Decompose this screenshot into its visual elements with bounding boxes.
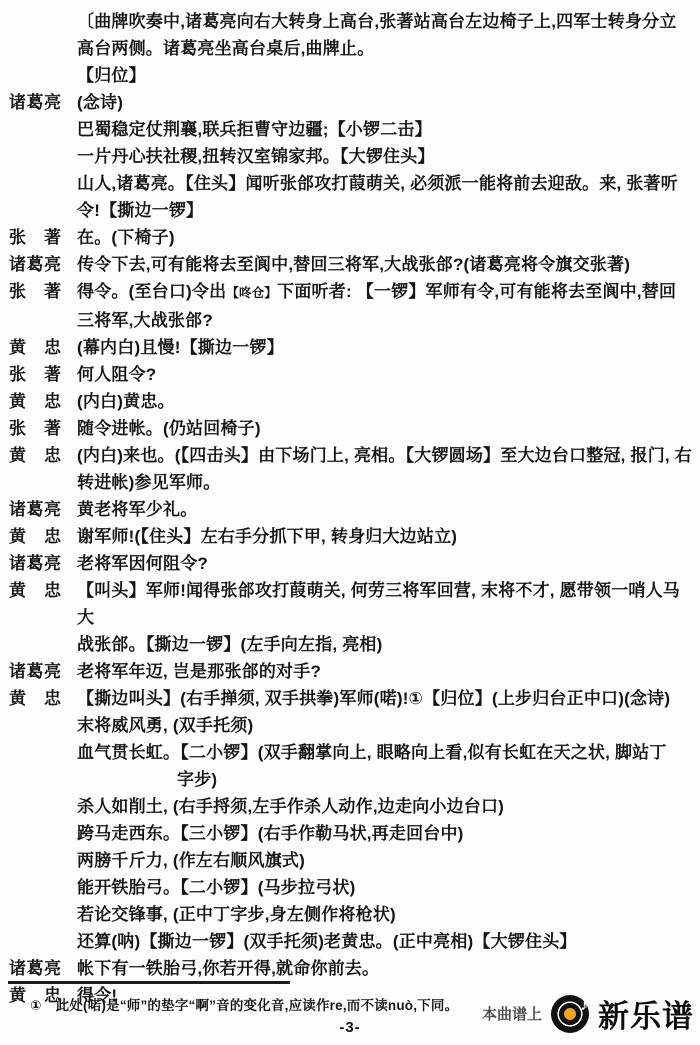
speaker-name: 张 著: [0, 361, 77, 388]
speaker-name: 黄 忠: [0, 685, 77, 712]
vinyl-record-icon: ♪: [551, 995, 589, 1033]
speaker-name: 张 著: [0, 415, 77, 442]
speaker-name: 黄 忠: [0, 577, 77, 631]
script-line: 若论交锋事, (正中丁字步,身左侧作将枪状): [0, 901, 700, 928]
percussion-cue: 【大锣圆场】: [406, 446, 501, 465]
script-line: 张 著 何人阻令?: [0, 361, 700, 388]
script-line: 两膀千斤力, (作左右顺风旗式): [0, 847, 700, 874]
dialogue-text: 令!【撕边一锣】: [77, 197, 700, 224]
script-line: 诸葛亮 黄老将军少礼。: [0, 496, 700, 523]
script-line: 一片丹心扶社稷,扭转汉室锦家邦。【大锣住头】: [0, 143, 700, 170]
script-line: 张 著 随令进帐。(仍站回椅子): [0, 415, 700, 442]
speaker-name: [0, 8, 77, 35]
script-line: 黄 忠 谢军师!(【住头】左右手分抓下甲, 转身归大边站立): [0, 523, 700, 550]
dialogue-text: 还算(呐)【撕边一锣】(双手托须)老黄忠。(正中亮相)【大锣住头】: [77, 928, 700, 955]
dialogue-text: 随令进帐。(仍站回椅子): [77, 415, 700, 442]
script-line: 【归位】: [0, 62, 700, 89]
speaker-name: [0, 928, 77, 955]
dialogue-text: (内白)黄忠。: [77, 388, 700, 415]
script-line: 能开铁胎弓。【二小锣】(马步拉弓状): [0, 874, 700, 901]
script-line: 血气贯长虹。【二小锣】(双手翻掌向上, 眼略向上看,似有长虹在天之状, 脚站丁: [0, 739, 700, 766]
dialogue-text: 【归位】: [77, 62, 700, 89]
dialogue-text: 转进帐)参见军师。: [77, 469, 700, 496]
percussion-cue: 【二小锣】: [180, 743, 258, 762]
speaker-name: [0, 307, 77, 334]
script-line: 诸葛亮 帐下有一铁胎弓,你若开得,就命你前去。: [0, 955, 700, 982]
dialogue-text: 老将军年迈, 岂是那张郃的对手?: [77, 658, 700, 685]
percussion-cue: 【归位】: [423, 689, 492, 708]
speaker-name: 张 著: [0, 278, 77, 307]
speaker-name: 张 著: [0, 224, 77, 251]
speaker-name: 诸葛亮: [0, 658, 77, 685]
dialogue-text: 一片丹心扶社稷,扭转汉室锦家邦。【大锣住头】: [77, 143, 700, 170]
speaker-name: [0, 631, 77, 658]
script-line: 令!【撕边一锣】: [0, 197, 700, 224]
script-line: 张 著 得令。(至台口)令出【咚仓】下面听者: 【一锣】军师有令,可有能将去至阆…: [0, 278, 700, 307]
script-line: 诸葛亮 (念诗): [0, 89, 700, 116]
speaker-name: 诸葛亮: [0, 251, 77, 278]
script-line: 末将威风勇, (双手托须): [0, 712, 700, 739]
speaker-name: [0, 143, 77, 170]
dialogue-text: 两膀千斤力, (作左右顺风旗式): [77, 847, 700, 874]
speaker-name: [0, 35, 77, 62]
footnote-divider: [8, 981, 290, 984]
dialogue-text: 末将威风勇, (双手托须): [77, 712, 700, 739]
script-line: 黄 忠 (幕内白)且慢!【撕边一锣】: [0, 334, 700, 361]
dialogue-text: 杀人如削土, (右手捋须,左手作杀人动作,边走向小边台口): [77, 793, 700, 820]
percussion-cue: 【大锣住头】: [473, 932, 576, 951]
script-line: 诸葛亮 老将军年迈, 岂是那张郃的对手?: [0, 658, 700, 685]
footnote-mark: ①: [30, 998, 42, 1013]
percussion-cue: 【小锣二击】: [329, 120, 432, 139]
dialogue-text: (念诗): [77, 89, 700, 116]
dialogue-text: (内白)来也。(【四击头】由下场门上, 亮相。【大锣圆场】至大边台口整冠, 报门…: [77, 442, 700, 469]
script-page: 〔曲牌吹奏中,诸葛亮向右大转身上高台,张著站高台左边椅子上,四军士转身分立 高台…: [0, 0, 700, 1045]
script-line: 山人,诸葛亮。【住头】闻听张郃攻打葭萌关, 必须派一能将前去迎敌。来, 张著听: [0, 170, 700, 197]
dialogue-text: 巴蜀稳定仗荆襄,联兵拒曹守边疆;【小锣二击】: [77, 116, 700, 143]
dialogue-text: 跨马走西东。【三小锣】(右手作勒马状,再走回台中): [77, 820, 700, 847]
script-line: 还算(呐)【撕边一锣】(双手托须)老黄忠。(正中亮相)【大锣住头】: [0, 928, 700, 955]
speaker-name: [0, 766, 77, 793]
script-line: 张 著 在。(下椅子): [0, 224, 700, 251]
speaker-name: [0, 901, 77, 928]
dialogue-text: 血气贯长虹。【二小锣】(双手翻掌向上, 眼略向上看,似有长虹在天之状, 脚站丁: [77, 739, 700, 766]
dialogue-text: 老将军因何阻令?: [77, 550, 700, 577]
speaker-name: [0, 793, 77, 820]
dialogue-text: 三将军,大战张郃?: [77, 307, 700, 334]
footnote: ①此处(喏)是“师”的垫字“啊”音的变化音,应读作re,而不读nuò,下同。: [30, 997, 500, 1014]
brand-prefix-label: 本曲谱上: [482, 1003, 542, 1024]
speaker-name: 黄 忠: [0, 523, 77, 550]
script-line: 三将军,大战张郃?: [0, 307, 700, 334]
dialogue-text: (幕内白)且慢!【撕边一锣】: [77, 334, 700, 361]
script-line: 黄 忠 (内白)黄忠。: [0, 388, 700, 415]
speaker-name: [0, 739, 77, 766]
script-line: 诸葛亮 老将军因何阻令?: [0, 550, 700, 577]
percussion-cue: 【撕边一锣】: [140, 932, 243, 951]
percussion-cue: 【住头】: [185, 174, 245, 193]
script-body: 〔曲牌吹奏中,诸葛亮向右大转身上高台,张著站高台左边椅子上,四军士转身分立 高台…: [0, 0, 700, 1009]
percussion-cue: 【住头】: [140, 527, 200, 546]
dialogue-text: 在。(下椅子): [77, 224, 700, 251]
footnote-text: 此处(喏)是“师”的垫字“啊”音的变化音,应读作re,而不读nuò,下同。: [56, 998, 459, 1013]
page-footer: ①此处(喏)是“师”的垫字“啊”音的变化音,应读作re,而不读nuò,下同。 -…: [0, 981, 700, 1045]
script-line: 跨马走西东。【三小锣】(右手作勒马状,再走回台中): [0, 820, 700, 847]
page-number: -3-: [310, 1019, 390, 1036]
dialogue-text: 山人,诸葛亮。【住头】闻听张郃攻打葭萌关, 必须派一能将前去迎敌。来, 张著听: [77, 170, 700, 197]
speaker-name: [0, 197, 77, 224]
speaker-name: 诸葛亮: [0, 955, 77, 982]
script-line: 〔曲牌吹奏中,诸葛亮向右大转身上高台,张著站高台左边椅子上,四军士转身分立: [0, 8, 700, 35]
script-line: 转进帐)参见军师。: [0, 469, 700, 496]
speaker-name: [0, 874, 77, 901]
speaker-name: 诸葛亮: [0, 496, 77, 523]
speaker-name: 诸葛亮: [0, 89, 77, 116]
speaker-name: [0, 820, 77, 847]
script-line: 杀人如削土, (右手捋须,左手作杀人动作,边走向小边台口): [0, 793, 700, 820]
percussion-cue: 【叫头】: [77, 581, 146, 600]
percussion-cue: 【撕边一锣】: [100, 201, 203, 220]
percussion-cue: 【咚仓】: [226, 286, 277, 300]
speaker-name: 黄 忠: [0, 388, 77, 415]
dialogue-text: 〔曲牌吹奏中,诸葛亮向右大转身上高台,张著站高台左边椅子上,四军士转身分立: [77, 8, 700, 35]
dialogue-text: 字步): [77, 766, 700, 793]
dialogue-text: 能开铁胎弓。【二小锣】(马步拉弓状): [77, 874, 700, 901]
speaker-name: [0, 170, 77, 197]
percussion-cue: 【大锣住头】: [340, 147, 435, 166]
dialogue-text: 得令。(至台口)令出【咚仓】下面听者: 【一锣】军师有令,可有能将去至阆中,替回: [77, 278, 700, 307]
speaker-name: [0, 116, 77, 143]
speaker-name: 诸葛亮: [0, 550, 77, 577]
percussion-cue: 【撕边一锣】: [181, 338, 284, 357]
speaker-name: [0, 847, 77, 874]
speaker-name: [0, 469, 77, 496]
script-line: 诸葛亮 传令下去,可有能将去至阆中,替回三将军,大战张郃?(诸葛亮将令旗交张著): [0, 251, 700, 278]
brand-name-label: 新乐谱: [598, 991, 694, 1036]
dialogue-text: 【叫头】军师!闻得张郃攻打葭萌关, 何劳三将军回营, 末将不才, 愿带领一哨人马…: [77, 577, 700, 631]
script-line: 高台两侧。诸葛亮坐高台桌后,曲牌止。: [0, 35, 700, 62]
speaker-name: [0, 62, 77, 89]
dialogue-text: 何人阻令?: [77, 361, 700, 388]
dialogue-text: 帐下有一铁胎弓,你若开得,就命你前去。: [77, 955, 700, 982]
script-line: 战张郃。【撕边一锣】(左手向左指, 亮相): [0, 631, 700, 658]
dialogue-text: 高台两侧。诸葛亮坐高台桌后,曲牌止。: [77, 35, 700, 62]
percussion-cue: 【归位】: [77, 66, 146, 85]
dialogue-text: 【撕边叫头】(右手掸须, 双手拱拳)军师(喏)!①【归位】(上步归台正中口)(念…: [77, 685, 700, 712]
script-line: 字步): [0, 766, 700, 793]
dialogue-text: 谢军师!(【住头】左右手分抓下甲, 转身归大边站立): [77, 523, 700, 550]
script-line: 黄 忠 【撕边叫头】(右手掸须, 双手拱拳)军师(喏)!①【归位】(上步归台正中…: [0, 685, 700, 712]
percussion-cue: 【撕边叫头】: [77, 689, 180, 708]
percussion-cue: 【撕边一锣】: [146, 635, 241, 654]
dialogue-text: 若论交锋事, (正中丁字步,身左侧作将枪状): [77, 901, 700, 928]
script-line: 巴蜀稳定仗荆襄,联兵拒曹守边疆;【小锣二击】: [0, 116, 700, 143]
speaker-name: 黄 忠: [0, 442, 77, 469]
percussion-cue: 【二小锣】: [180, 878, 258, 897]
percussion-cue: 【三小锣】: [180, 824, 258, 843]
speaker-name: 黄 忠: [0, 334, 77, 361]
speaker-name: [0, 712, 77, 739]
script-line: 黄 忠 (内白)来也。(【四击头】由下场门上, 亮相。【大锣圆场】至大边台口整冠…: [0, 442, 700, 469]
percussion-cue: 【一锣】: [357, 282, 426, 301]
brand-mark: 本曲谱上 ♪ 新乐谱: [482, 991, 694, 1036]
script-line: 黄 忠 【叫头】军师!闻得张郃攻打葭萌关, 何劳三将军回营, 末将不才, 愿带领…: [0, 577, 700, 631]
percussion-cue: 【四击头】: [181, 446, 259, 465]
dialogue-text: 黄老将军少礼。: [77, 496, 700, 523]
dialogue-text: 传令下去,可有能将去至阆中,替回三将军,大战张郃?(诸葛亮将令旗交张著): [77, 251, 700, 278]
dialogue-text: 战张郃。【撕边一锣】(左手向左指, 亮相): [77, 631, 700, 658]
music-note-icon: ♪: [581, 997, 589, 1014]
